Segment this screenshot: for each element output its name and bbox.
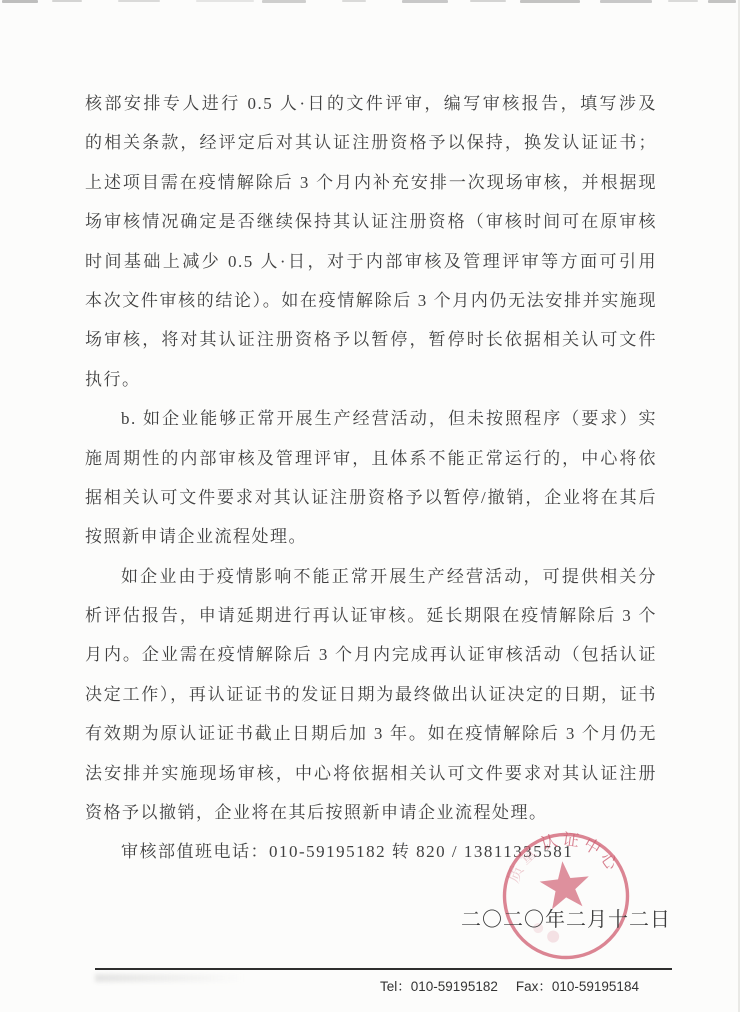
body-line: 的相关条款，经评定后对其认证注册资格予以保持，换发认证证书； <box>85 123 657 162</box>
scan-artifact <box>708 0 736 3</box>
body-line: 场审核情况确定是否继续保持其认证注册资格（审核时间可在原审核 <box>85 202 657 241</box>
body-line: 施周期性的内部审核及管理评审，且体系不能正常运行的，中心将依 <box>85 439 657 478</box>
document-date: 二〇二〇年二月十二日 <box>461 903 671 932</box>
scan-artifact <box>470 0 506 2</box>
body-line: 月内。企业需在疫情解除后 3 个月内完成再认证审核活动（包括认证 <box>85 635 657 674</box>
footer-divider <box>95 968 672 970</box>
body-line: 法安排并实施现场审核，中心将依据相关认可文件要求对其认证注册 <box>85 754 657 793</box>
body-line: 执行。 <box>85 360 657 399</box>
svg-text:认证中心: 认证中心 <box>538 823 624 882</box>
scan-artifact <box>2 0 38 3</box>
tel-label: Tel： <box>380 979 411 994</box>
body-line: 有效期为原认证证书截止日期后加 3 年。如在疫情解除后 3 个月仍无 <box>85 714 657 753</box>
scan-artifact <box>342 0 366 2</box>
body-line: 如企业由于疫情影响不能正常开展生产经营活动，可提供相关分 <box>85 557 657 596</box>
fax-number: 010-59195184 <box>552 979 639 994</box>
body-line: 资格予以撤销，企业将在其后按照新申请企业流程处理。 <box>85 793 657 832</box>
certification-seal-stamp: 质量 认证中心 <box>492 822 639 969</box>
tel-number: 010-59195182 <box>411 979 498 994</box>
body-line: 据相关认可文件要求对其认证注册资格予以暂停/撤销，企业将在其后 <box>85 478 657 517</box>
scan-artifact <box>600 0 652 3</box>
scan-artifact <box>118 0 160 2</box>
document-body: 核部安排专人进行 0.5 人·日的文件评审，编写审核报告，填写涉及的相关条款，经… <box>85 84 657 872</box>
body-line: b. 如企业能够正常开展生产经营活动，但未按照程序（要求）实 <box>85 399 657 438</box>
body-line: 按照新申请企业流程处理。 <box>85 517 657 556</box>
scan-smudge <box>95 974 245 982</box>
scan-artifact <box>52 0 82 2</box>
footer-contacts: Tel：010-59195182Fax：010-59195184 <box>380 975 639 995</box>
body-line: 析评估报告，申请延期进行再认证审核。延长期限在疫情解除后 3 个 <box>85 596 657 635</box>
scan-artifact <box>262 0 306 3</box>
scan-artifact <box>196 0 254 2</box>
body-line: 决定工作），再认证证书的发证日期为最终做出认证决定的日期，证书 <box>85 675 657 714</box>
body-line: 本次文件审核的结论）。如在疫情解除后 3 个月内仍无法安排并实施现 <box>85 281 657 320</box>
body-line: 核部安排专人进行 0.5 人·日的文件评审，编写审核报告，填写涉及 <box>85 84 657 123</box>
fax-label: Fax： <box>516 979 552 994</box>
scan-artifact <box>402 0 448 3</box>
scan-artifact <box>520 0 580 3</box>
scan-artifact <box>668 0 698 2</box>
body-line: 上述项目需在疫情解除后 3 个月内补充安排一次现场审核，并根据现 <box>85 163 657 202</box>
body-line: 场审核，将对其认证注册资格予以暂停，暂停时长依据相关认可文件 <box>85 320 657 359</box>
body-line: 时间基础上减少 0.5 人·日，对于内部审核及管理评审等方面可引用 <box>85 242 657 281</box>
